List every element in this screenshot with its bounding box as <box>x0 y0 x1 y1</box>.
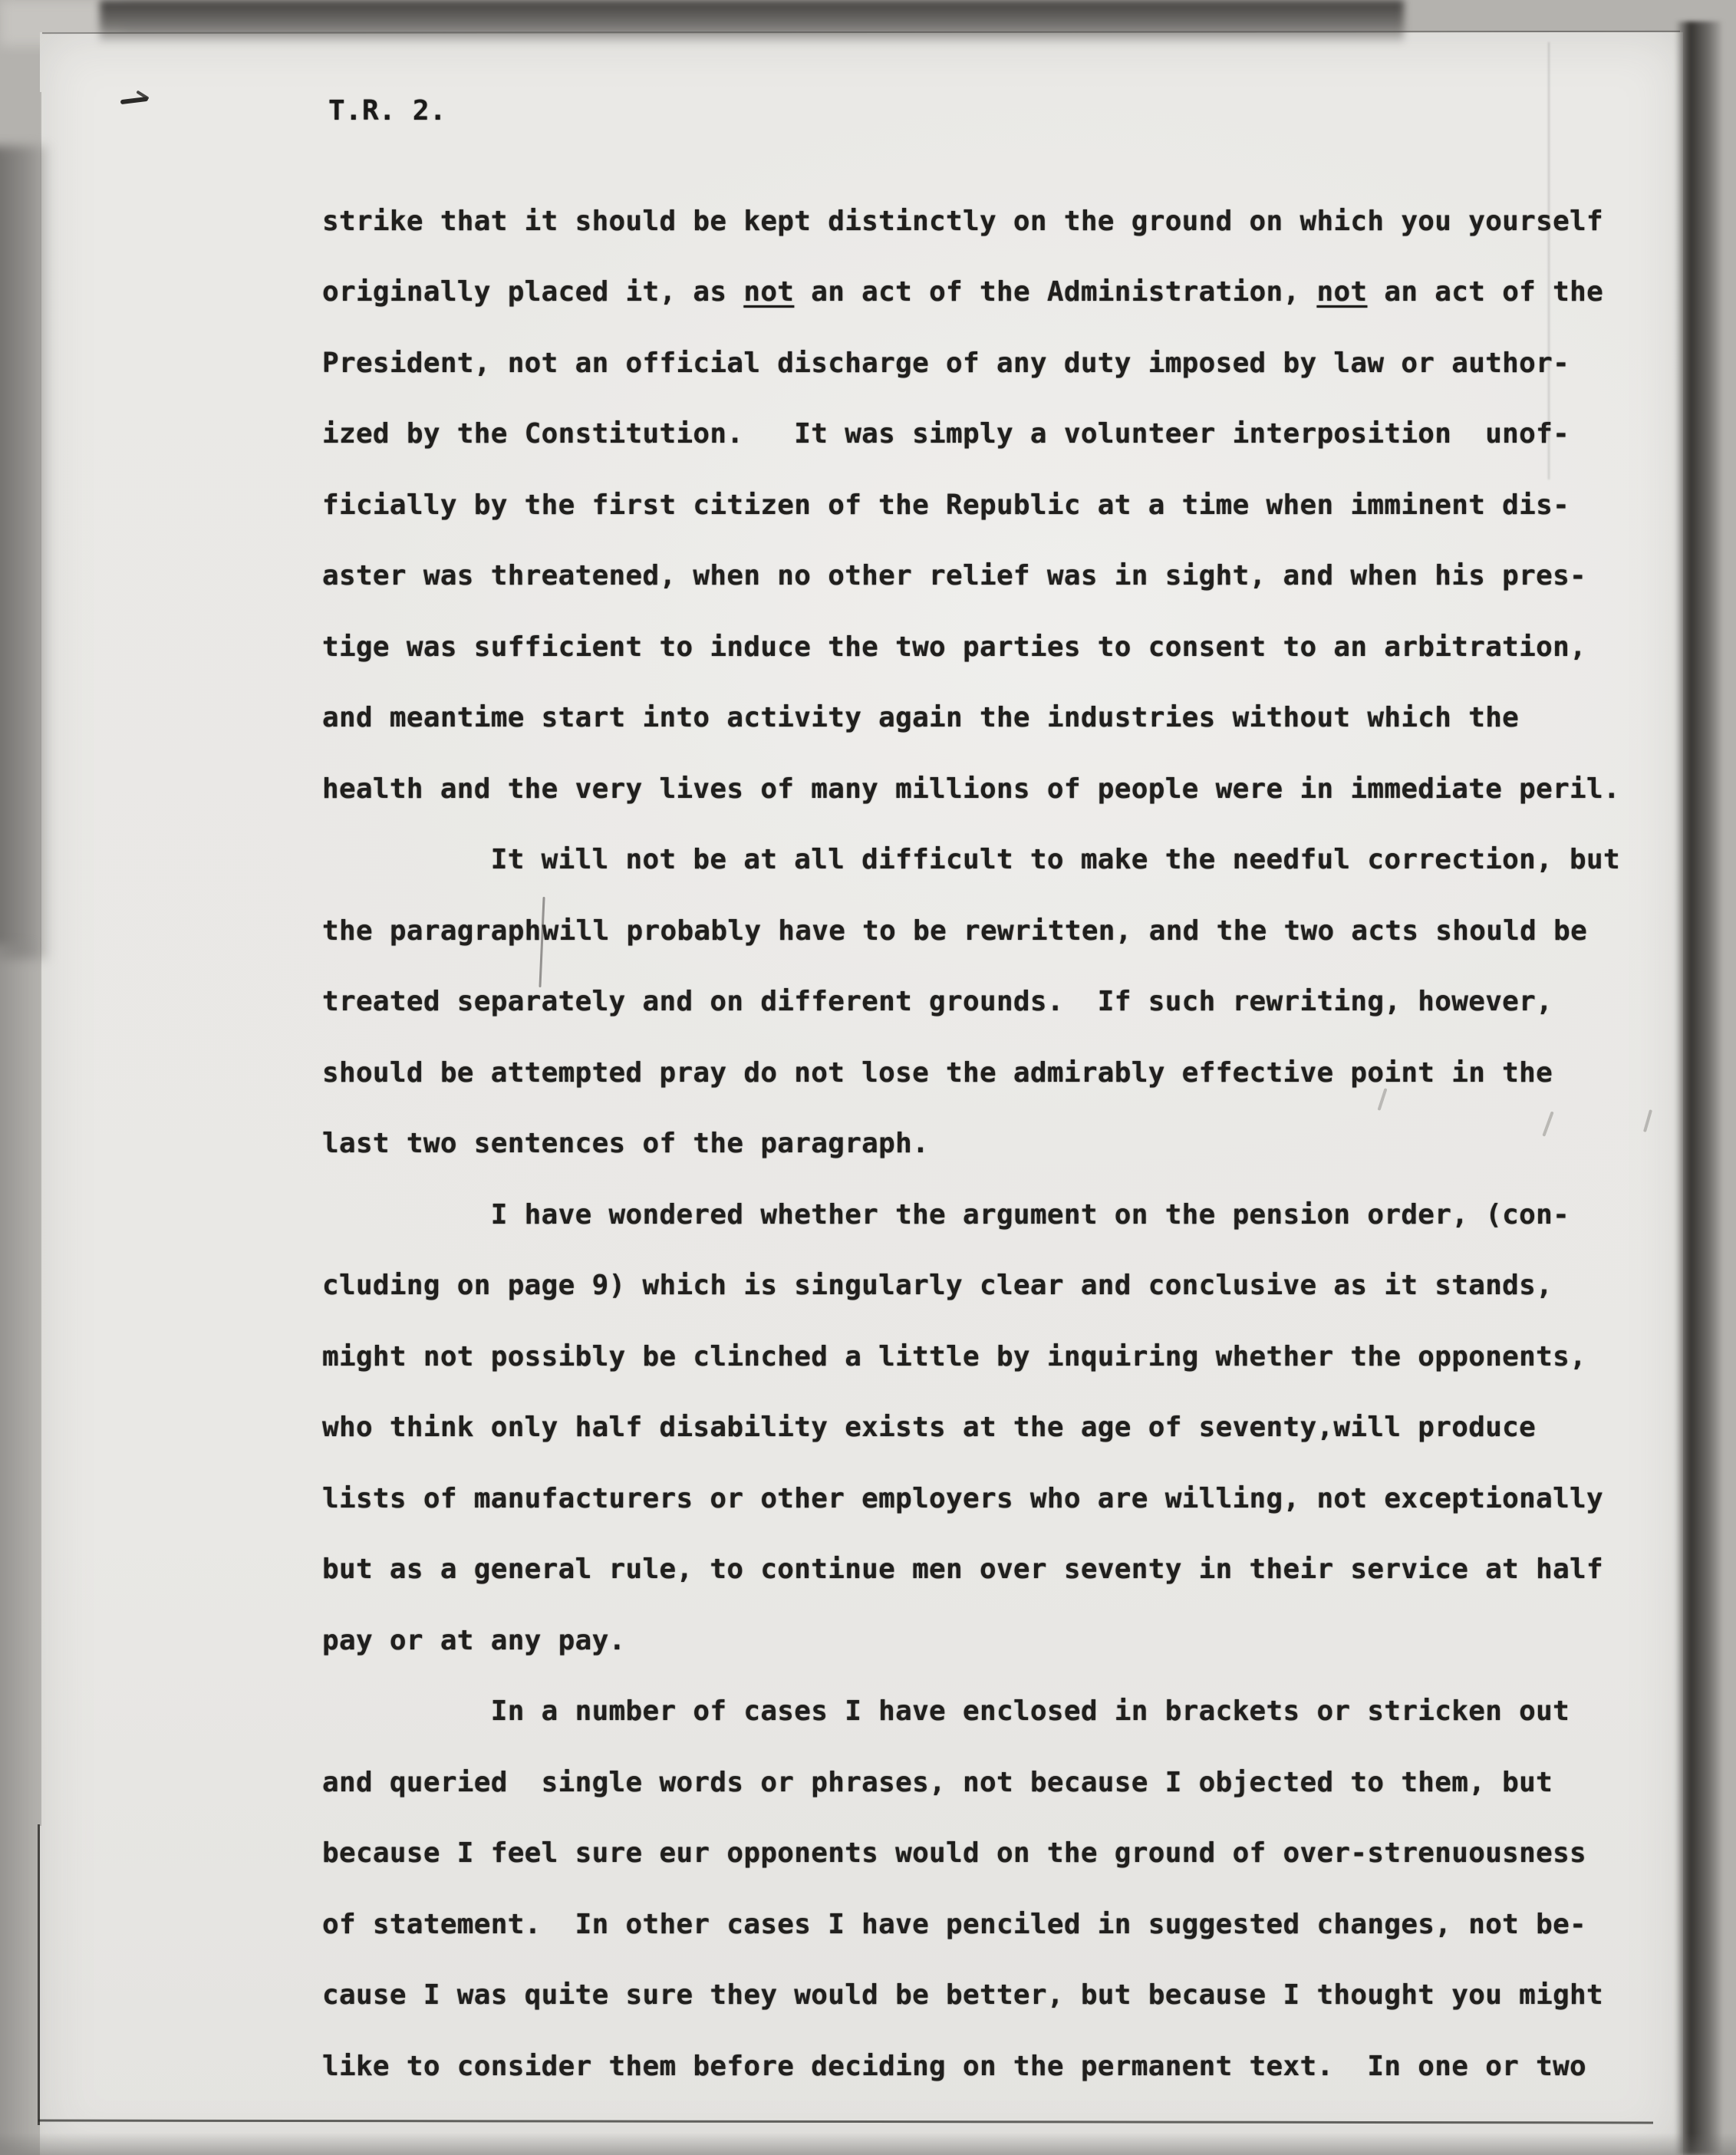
text-segment: originally placed it, as <box>322 276 743 308</box>
text-line: who think only half disability exists at… <box>322 1392 1642 1464</box>
underlined-word: not <box>1316 276 1367 308</box>
pencil-check-mark <box>119 92 157 109</box>
text-segment: In a number of cases I have enclosed in … <box>322 1695 1570 1727</box>
text-segment: cluding on page 9) which is singularly c… <box>322 1270 1553 1301</box>
text-line: originally placed it, as not an act of t… <box>322 257 1642 328</box>
text-line: last two sentences of the paragraph. <box>322 1109 1642 1180</box>
text-segment: of statement. In other cases I have penc… <box>322 1909 1586 1940</box>
text-segment: treated separately and on different grou… <box>322 986 1553 1017</box>
underlined-word: not <box>743 276 794 308</box>
text-line: might not possibly be clinched a little … <box>322 1321 1642 1392</box>
paper-left-edge <box>40 92 41 1826</box>
text-segment: the paragraph <box>322 915 542 947</box>
text-line: strike that it should be kept distinctly… <box>322 186 1642 257</box>
scan-shadow-left-upper <box>0 146 51 959</box>
text-line: I have wondered whether the argument on … <box>322 1179 1642 1250</box>
text-segment: lists of manufacturers or other employer… <box>322 1483 1603 1514</box>
text-segment: aster was threatened, when no other reli… <box>322 560 1586 591</box>
text-segment: and queried single words or phrases, not… <box>322 1767 1553 1798</box>
text-segment: health and the very lives of many millio… <box>322 773 1620 805</box>
scan-shadow-left-lower <box>0 944 38 2155</box>
text-line: of statement. In other cases I have penc… <box>322 1889 1642 1960</box>
text-line: ficially by the first citizen of the Rep… <box>322 470 1642 541</box>
text-segment: strike that it should be kept distinctly… <box>322 206 1603 237</box>
text-segment: tige was sufficient to induce the two pa… <box>322 631 1586 663</box>
text-line: and queried single words or phrases, not… <box>322 1747 1642 1818</box>
text-line: health and the very lives of many millio… <box>322 753 1642 825</box>
text-line: cluding on page 9) which is singularly c… <box>322 1250 1642 1322</box>
text-segment: It will not be at all difficult to make … <box>322 844 1620 875</box>
text-segment: ized by the Constitution. It was simply … <box>322 418 1570 450</box>
text-segment: cause I was quite sure they would be bet… <box>322 1979 1603 2011</box>
text-segment: an act of the Administration, <box>794 276 1316 308</box>
scan-shadow-right <box>1675 21 1721 2155</box>
text-segment: will probably have to be rewritten, and … <box>542 915 1587 947</box>
text-line: but as a general rule, to continue men o… <box>322 1534 1642 1606</box>
scanned-document-page: T.R. 2. strike that it should be kept di… <box>0 0 1736 2155</box>
text-line: ized by the Constitution. It was simply … <box>322 399 1642 470</box>
scan-shadow-top <box>100 0 1404 44</box>
text-segment: because I feel sure eur opponents would … <box>322 1837 1586 1869</box>
scan-shadow-bottom <box>0 2133 1736 2155</box>
text-segment: should be attempted pray do not lose the… <box>322 1057 1553 1089</box>
text-segment: ficially by the first citizen of the Rep… <box>322 489 1570 521</box>
text-line: and meantime start into activity again t… <box>322 683 1642 754</box>
text-segment: might not possibly be clinched a little … <box>322 1341 1586 1372</box>
text-segment: last two sentences of the paragraph. <box>322 1128 929 1159</box>
text-line: It will not be at all difficult to make … <box>322 825 1642 896</box>
text-line: lists of manufacturers or other employer… <box>322 1463 1642 1534</box>
text-segment: pay or at any pay. <box>322 1625 626 1656</box>
text-line: cause I was quite sure they would be bet… <box>322 1960 1642 2031</box>
text-segment: but as a general rule, to continue men o… <box>322 1554 1603 1585</box>
text-segment: I have wondered whether the argument on … <box>322 1199 1570 1231</box>
text-segment: and meantime start into activity again t… <box>322 702 1519 733</box>
text-line: In a number of cases I have enclosed in … <box>322 1676 1642 1748</box>
text-segment: who think only half disability exists at… <box>322 1412 1536 1443</box>
text-line: the paragraphwill probably have to be re… <box>322 895 1642 967</box>
typed-lines: strike that it should be kept distinctly… <box>322 186 1642 2102</box>
text-line: tige was sufficient to induce the two pa… <box>322 611 1642 683</box>
text-segment: an act of the <box>1367 276 1603 308</box>
text-segment: President, not an official discharge of … <box>322 348 1570 379</box>
text-segment: like to consider them before deciding on… <box>322 2051 1586 2082</box>
text-line: pay or at any pay. <box>322 1605 1642 1676</box>
text-line: should be attempted pray do not lose the… <box>322 1037 1642 1109</box>
text-line: aster was threatened, when no other reli… <box>322 541 1642 612</box>
paper-left-edge-lower <box>38 1824 40 2125</box>
text-line: treated separately and on different grou… <box>322 967 1642 1038</box>
text-line: because I feel sure eur opponents would … <box>322 1818 1642 1890</box>
text-line: President, not an official discharge of … <box>322 328 1642 399</box>
text-line: like to consider them before deciding on… <box>322 2031 1642 2102</box>
page-label: T.R. 2. <box>328 95 446 127</box>
